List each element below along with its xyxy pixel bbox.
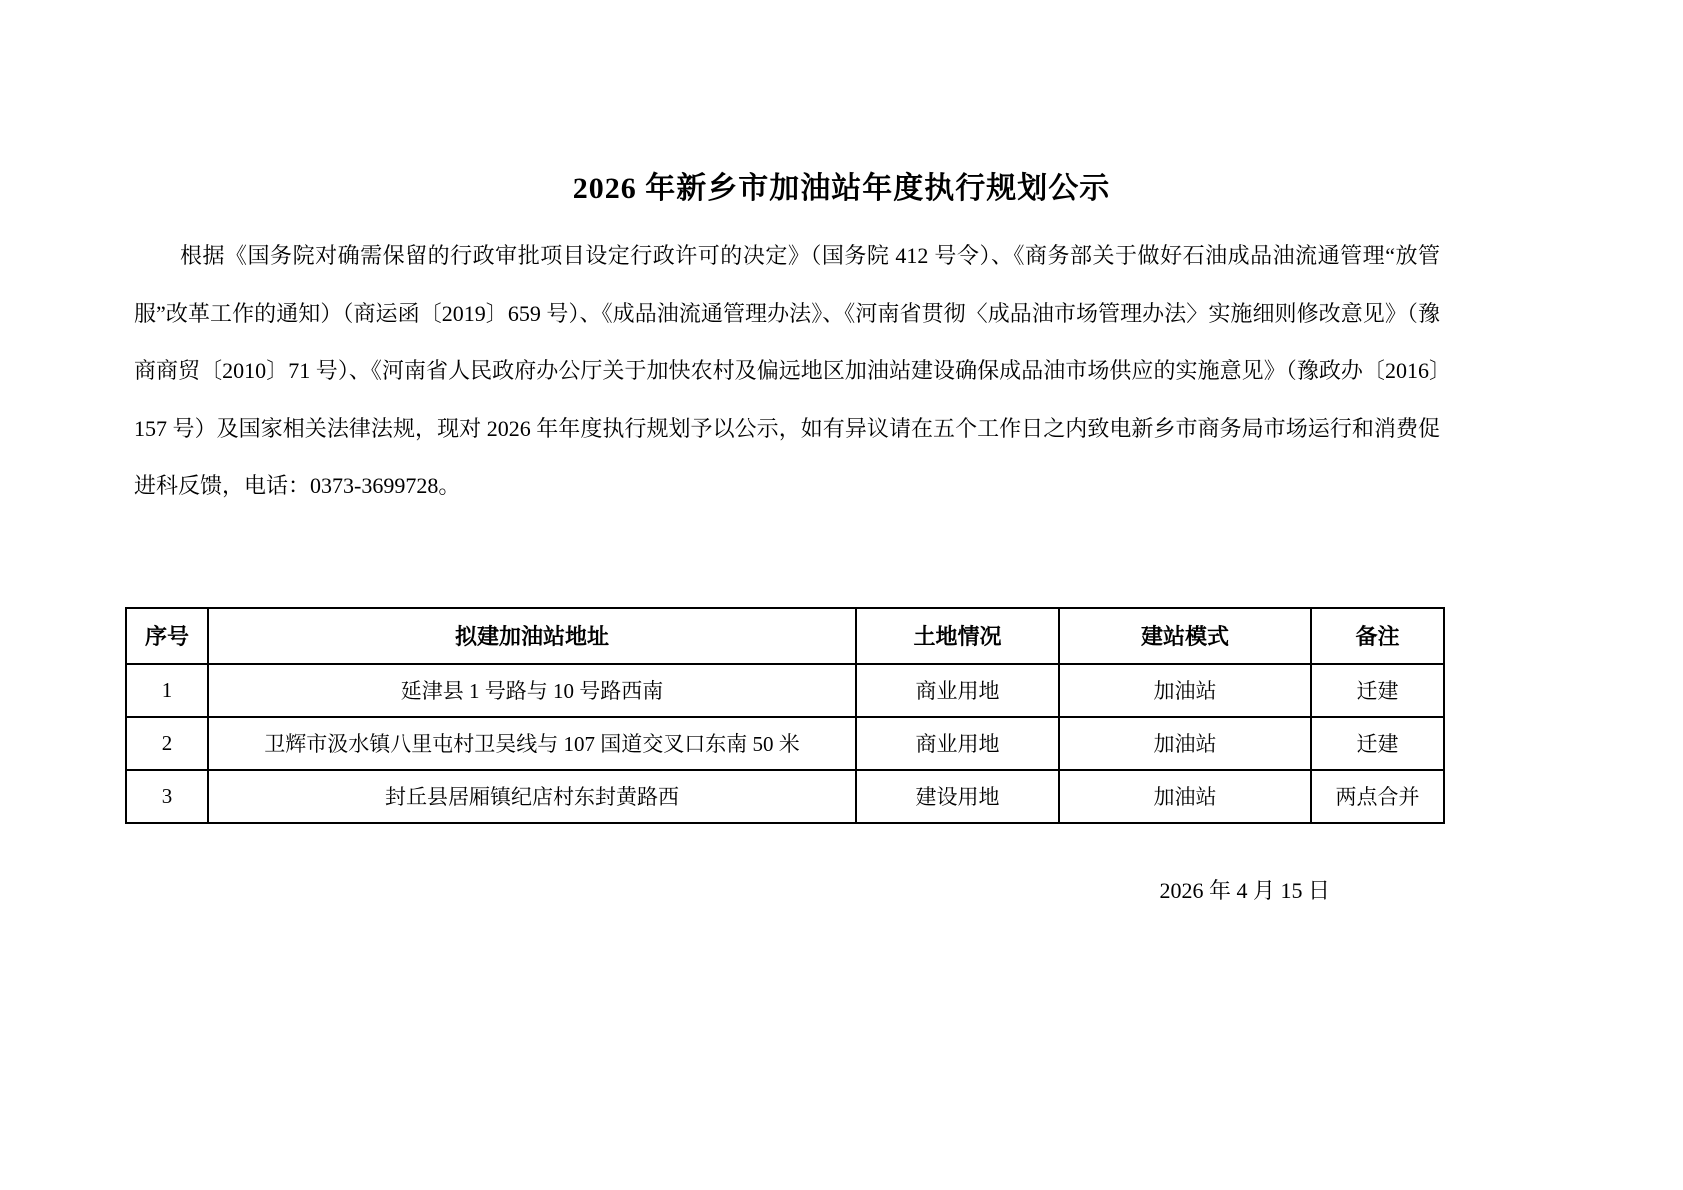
table-cell: 3 bbox=[126, 770, 208, 823]
table-header-cell: 建站模式 bbox=[1059, 608, 1311, 664]
table-cell: 1 bbox=[126, 664, 208, 717]
plan-table: 序号拟建加油站地址土地情况建站模式备注 1延津县 1 号路与 10 号路西南商业… bbox=[125, 607, 1445, 824]
table-header-cell: 土地情况 bbox=[856, 608, 1059, 664]
table-cell: 延津县 1 号路与 10 号路西南 bbox=[208, 664, 856, 717]
table-cell: 2 bbox=[126, 717, 208, 770]
table-cell: 建设用地 bbox=[856, 770, 1059, 823]
table-cell: 加油站 bbox=[1059, 717, 1311, 770]
table-header-cell: 序号 bbox=[126, 608, 208, 664]
table-header-row: 序号拟建加油站地址土地情况建站模式备注 bbox=[126, 608, 1444, 664]
table-cell: 加油站 bbox=[1059, 770, 1311, 823]
plan-table-body: 1延津县 1 号路与 10 号路西南商业用地加油站迁建2卫辉市汲水镇八里屯村卫吴… bbox=[126, 664, 1444, 823]
table-row: 1延津县 1 号路与 10 号路西南商业用地加油站迁建 bbox=[126, 664, 1444, 717]
table-cell: 卫辉市汲水镇八里屯村卫吴线与 107 国道交叉口东南 50 米 bbox=[208, 717, 856, 770]
table-cell: 加油站 bbox=[1059, 664, 1311, 717]
table-cell: 迁建 bbox=[1311, 664, 1444, 717]
table-header-cell: 备注 bbox=[1311, 608, 1444, 664]
table-cell: 迁建 bbox=[1311, 717, 1444, 770]
table-cell: 封丘县居厢镇纪店村东封黄路西 bbox=[208, 770, 856, 823]
table-row: 2卫辉市汲水镇八里屯村卫吴线与 107 国道交叉口东南 50 米商业用地加油站迁… bbox=[126, 717, 1444, 770]
table-cell: 商业用地 bbox=[856, 717, 1059, 770]
document-date: 2026 年 4 月 15 日 bbox=[0, 876, 1683, 906]
page-title: 2026 年新乡市加油站年度执行规划公示 bbox=[0, 0, 1683, 210]
document-page: 2026 年新乡市加油站年度执行规划公示 根据《国务院对确需保留的行政审批项目设… bbox=[0, 0, 1683, 1190]
table-row: 3封丘县居厢镇纪店村东封黄路西建设用地加油站两点合并 bbox=[126, 770, 1444, 823]
table-cell: 两点合并 bbox=[1311, 770, 1444, 823]
table-cell: 商业用地 bbox=[856, 664, 1059, 717]
notice-paragraph: 根据《国务院对确需保留的行政审批项目设定行政许可的决定》（国务院 412 号令）… bbox=[134, 227, 1440, 515]
table-header-cell: 拟建加油站地址 bbox=[208, 608, 856, 664]
plan-table-head: 序号拟建加油站地址土地情况建站模式备注 bbox=[126, 608, 1444, 664]
